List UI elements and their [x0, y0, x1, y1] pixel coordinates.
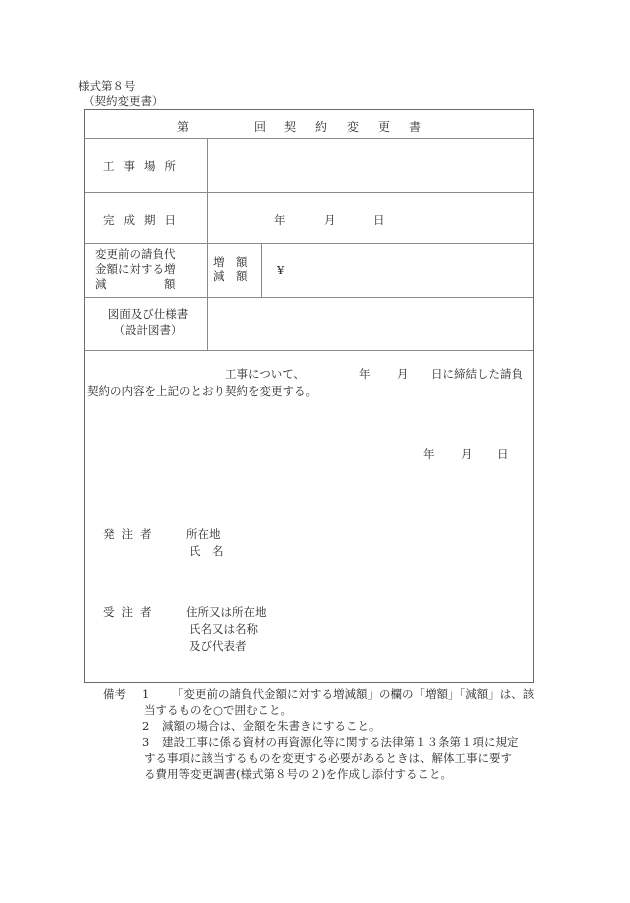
completion-date-label: 完成期日: [103, 212, 185, 228]
statement-prefix: 工事について、: [225, 366, 305, 383]
contractor-name-label: 氏名又は名称: [189, 621, 258, 638]
notes-heading: 備考: [103, 686, 126, 702]
completion-day-label: 日: [373, 212, 385, 228]
column-divider: [261, 243, 262, 297]
yen-icon: ¥: [277, 263, 284, 277]
note-text: る費用等変更調書(様式第８号の２)を作成し添付すること。: [144, 766, 452, 782]
notes-section: 備考 1 「変更前の請負代金額に対する増減額」の欄の「増額」「減額」は、該 当す…: [100, 686, 560, 782]
note-text: する事項に該当するものを変更する必要があるときは、解体工事に要す: [144, 750, 512, 766]
title-char: 約: [315, 118, 327, 135]
form-title: 第 回 契 約 変 更 書: [85, 110, 533, 139]
drawings-label: 図面及び仕様書 （設計図書）: [89, 306, 207, 338]
orderer-address-label: 所在地: [186, 526, 221, 543]
title-char: 変: [347, 118, 359, 135]
note-text: 「変更前の請負代金額に対する増減額」の欄の「増額」「減額」は、該: [172, 686, 534, 702]
statement-suffix: 日に締結した請負: [431, 366, 523, 383]
statement-month: 月: [397, 366, 409, 383]
amount-change-label: 変更前の請負代 金額に対する増 減 額: [89, 247, 205, 292]
contractor-label: 受注者: [103, 604, 159, 621]
note-text: 減額の場合は、金額を朱書きにすること。: [162, 718, 381, 734]
orderer-name-label: 氏 名: [189, 543, 224, 560]
title-char: 第: [177, 118, 189, 135]
completion-month-label: 月: [324, 212, 336, 228]
divider: [85, 297, 533, 298]
column-divider: [207, 138, 208, 350]
note-text: 当するものを○で囲むこと。: [144, 702, 292, 718]
note-number: 3: [142, 734, 149, 750]
orderer-label: 発注者: [103, 526, 159, 543]
title-char: 更: [378, 118, 390, 135]
contractor-address-label: 住所又は所在地: [186, 604, 267, 621]
sign-date-year: 年: [423, 446, 435, 463]
amount-field[interactable]: [290, 250, 530, 292]
note-number: 2: [142, 718, 149, 734]
statement-year: 年: [359, 366, 371, 383]
construction-site-label: 工事場所: [103, 158, 185, 174]
note-number: 1: [142, 686, 149, 702]
divider: [85, 192, 533, 193]
form-number: 様式第８号: [78, 78, 136, 94]
decrease-option[interactable]: 減 額: [213, 269, 248, 283]
divider: [85, 138, 533, 139]
title-char: 回: [254, 118, 266, 135]
form-subtitle: （契約変更書）: [83, 93, 164, 109]
statement-line2: 契約の内容を上記のとおり契約を変更する。: [87, 383, 317, 400]
contract-change-form: 第 回 契 約 変 更 書 工事場所 完成期日 年 月 日 変更前の請負代 金額…: [84, 109, 534, 683]
sign-date-day: 日: [497, 446, 509, 463]
divider: [85, 243, 533, 244]
construction-site-field[interactable]: [213, 144, 529, 188]
title-char: 書: [409, 118, 421, 135]
title-char: 契: [284, 118, 296, 135]
increase-option[interactable]: 増 額: [213, 255, 248, 269]
sign-date-month: 月: [461, 446, 473, 463]
divider: [85, 350, 533, 351]
drawings-field[interactable]: [213, 303, 529, 345]
completion-year-label: 年: [274, 212, 286, 228]
contractor-rep-label: 及び代表者: [189, 638, 247, 655]
note-text: 建設工事に係る資材の再資源化等に関する法律第１３条第１項に規定: [162, 734, 519, 750]
